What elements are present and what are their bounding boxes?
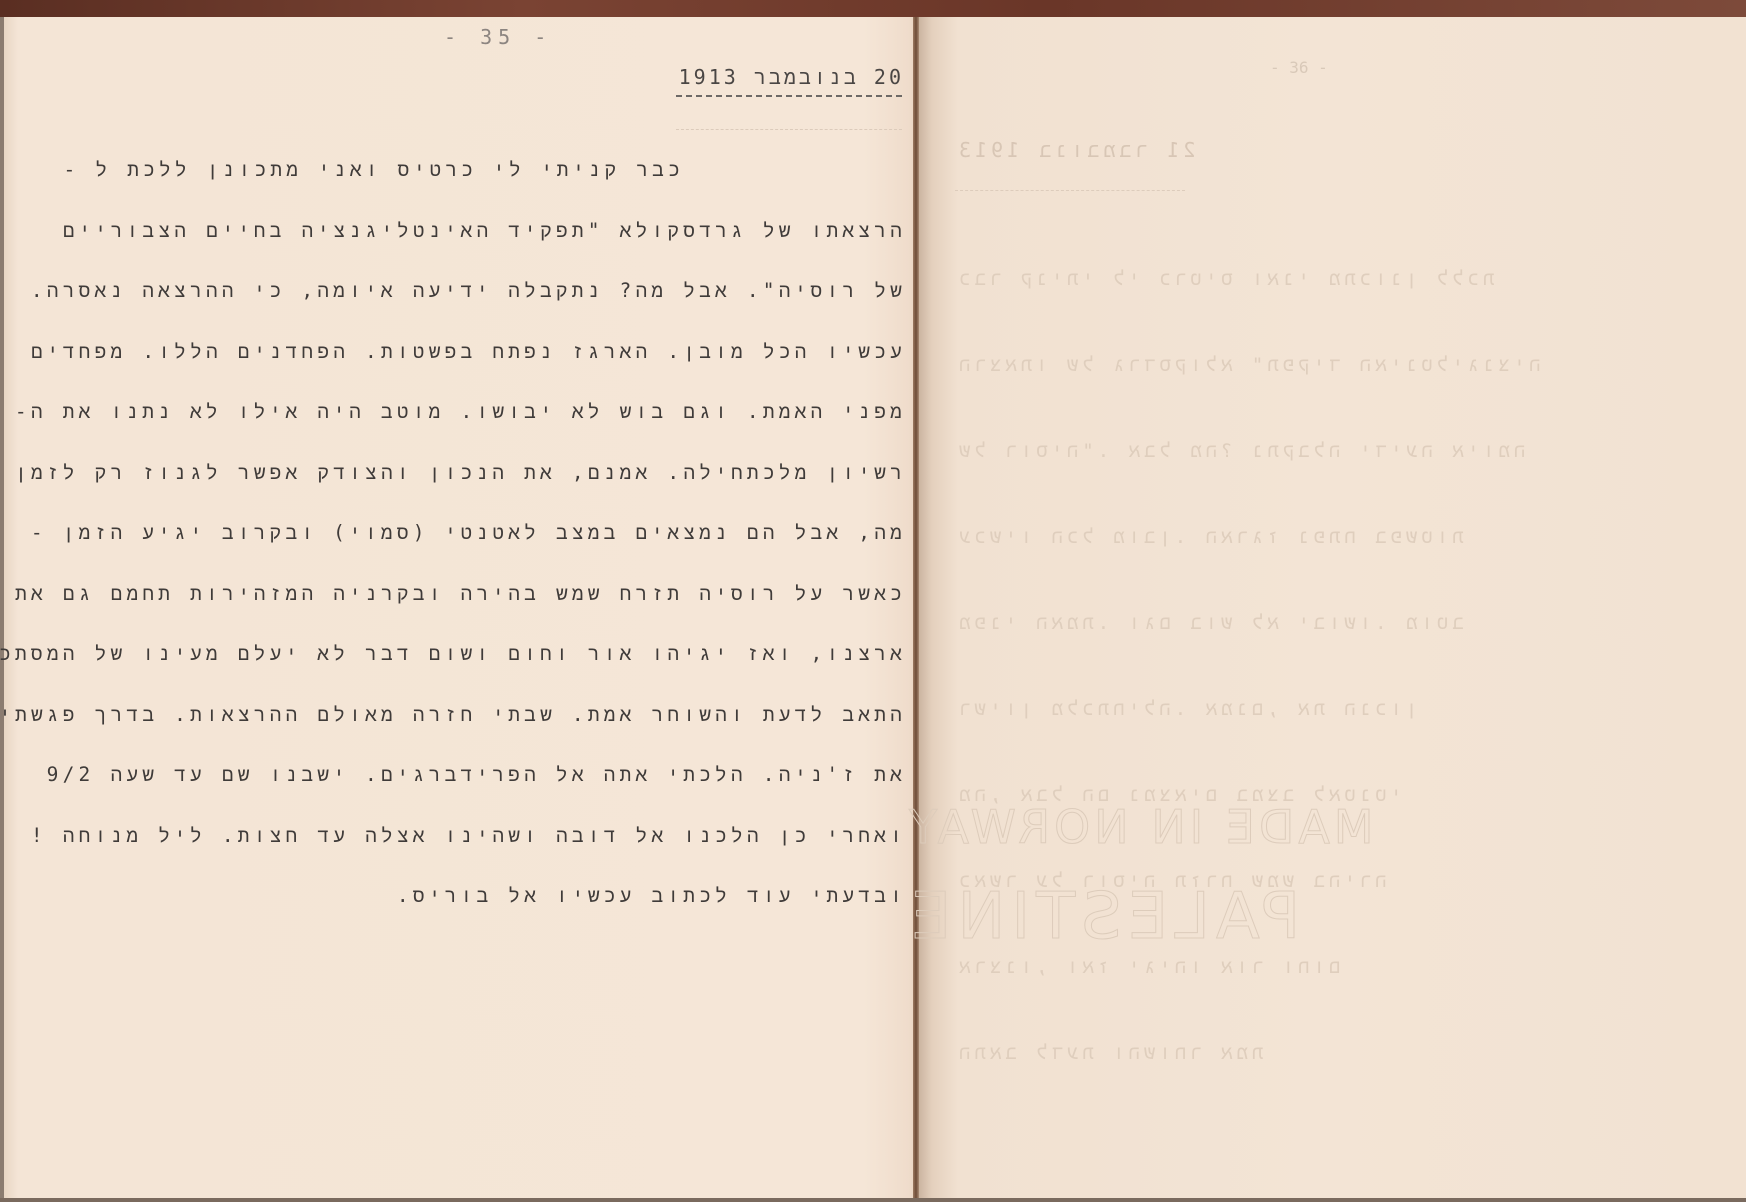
text-line: מפני האמת. וגם בוש לא יבושו. מוטב היה אי… [11,399,906,460]
ghost-line: הרצאתו של גרדסקולא "תפקיד האינטליגנציה [955,354,1540,377]
text-line: של רוסיה". אבל מה? נתקבלה ידיעה איומה, כ… [11,278,906,339]
text-line: את ז'ניה. הלכתי אתה אל הפרידברגים. ישבנו… [11,762,906,823]
ghost-line: רשיון מלכתחילה. אמנם, את הנכון [955,698,1417,721]
ghost-line: התאב לדעת והשוחר אמת [955,1042,1263,1065]
book-gutter [913,17,919,1202]
bleed-through-rule [676,129,902,130]
text-line: רשיון מלכתחילה. אמנם, את הנכון והצודק אפ… [11,460,906,521]
text-line: כאשר על רוסיה תזרח שמש בהירה ובקרניה המז… [11,581,906,642]
notebook-cover-top-edge [0,0,1746,18]
text-line: ואחרי כן הלכנו אל דובה ושהינו אצלה עד חצ… [11,823,906,884]
text-line: עכשיו הכל מובן. הארגז נפתח בפשטות. הפחדנ… [11,339,906,400]
left-page: - 35 - 20 בנובמבר 1913 כבר קניתי לי כרטי… [0,17,922,1202]
right-page [918,17,1746,1202]
ghost-line: כבר קניתי לי כרטיס ואני מתכונן ללכת [955,268,1494,291]
text-line: ארצנו, ואז יגיהו אור וחום ושום דבר לא יע… [11,641,906,702]
date-underline [676,95,902,97]
ghost-line: של רוסיה". אבל מה? נתקבלה ידיעה איומה [955,440,1525,463]
ghost-line: מפני האמת. וגם בוש לא יבושו. מוטב [955,612,1464,635]
ghost-page-number: - 36 - [1270,58,1328,77]
ghost-line: ארצנו, ואז יגיהו אור וחום [955,956,1340,979]
embossed-watermark-secondary: PALESTINE [905,880,1300,954]
page-number: - 35 - [444,25,552,49]
date-heading: 20 בנובמבר 1913 [679,65,904,91]
notebook-cover-bottom-edge [0,1198,1746,1202]
text-line: ובדעתי עוד לכתוב עכשיו אל בוריס. [11,883,906,944]
diary-entry-text: כבר קניתי לי כרטיס ואני מתכונן ללכת ל - … [11,157,906,944]
ghost-date-heading: 1913 בנובמבר 21 [955,138,1195,164]
text-line: הרצאתו של גרדסקולא "תפקיד האינטליגנציה ב… [11,218,906,279]
text-line: התאב לדעת והשוחר אמת. שבתי חזרה מאולם הה… [11,702,906,763]
ghost-date-underline [955,190,1185,191]
text-line: כבר קניתי לי כרטיס ואני מתכונן ללכת ל - [11,157,906,218]
embossed-watermark: MADE IN NORWAY [905,800,1374,854]
text-line: מה, אבל הם נמצאים במצב לאטנטי (סמוי) ובק… [11,520,906,581]
ghost-line: עכשיו הכל מובן. הארגז נפתח בפשטות [955,526,1463,549]
